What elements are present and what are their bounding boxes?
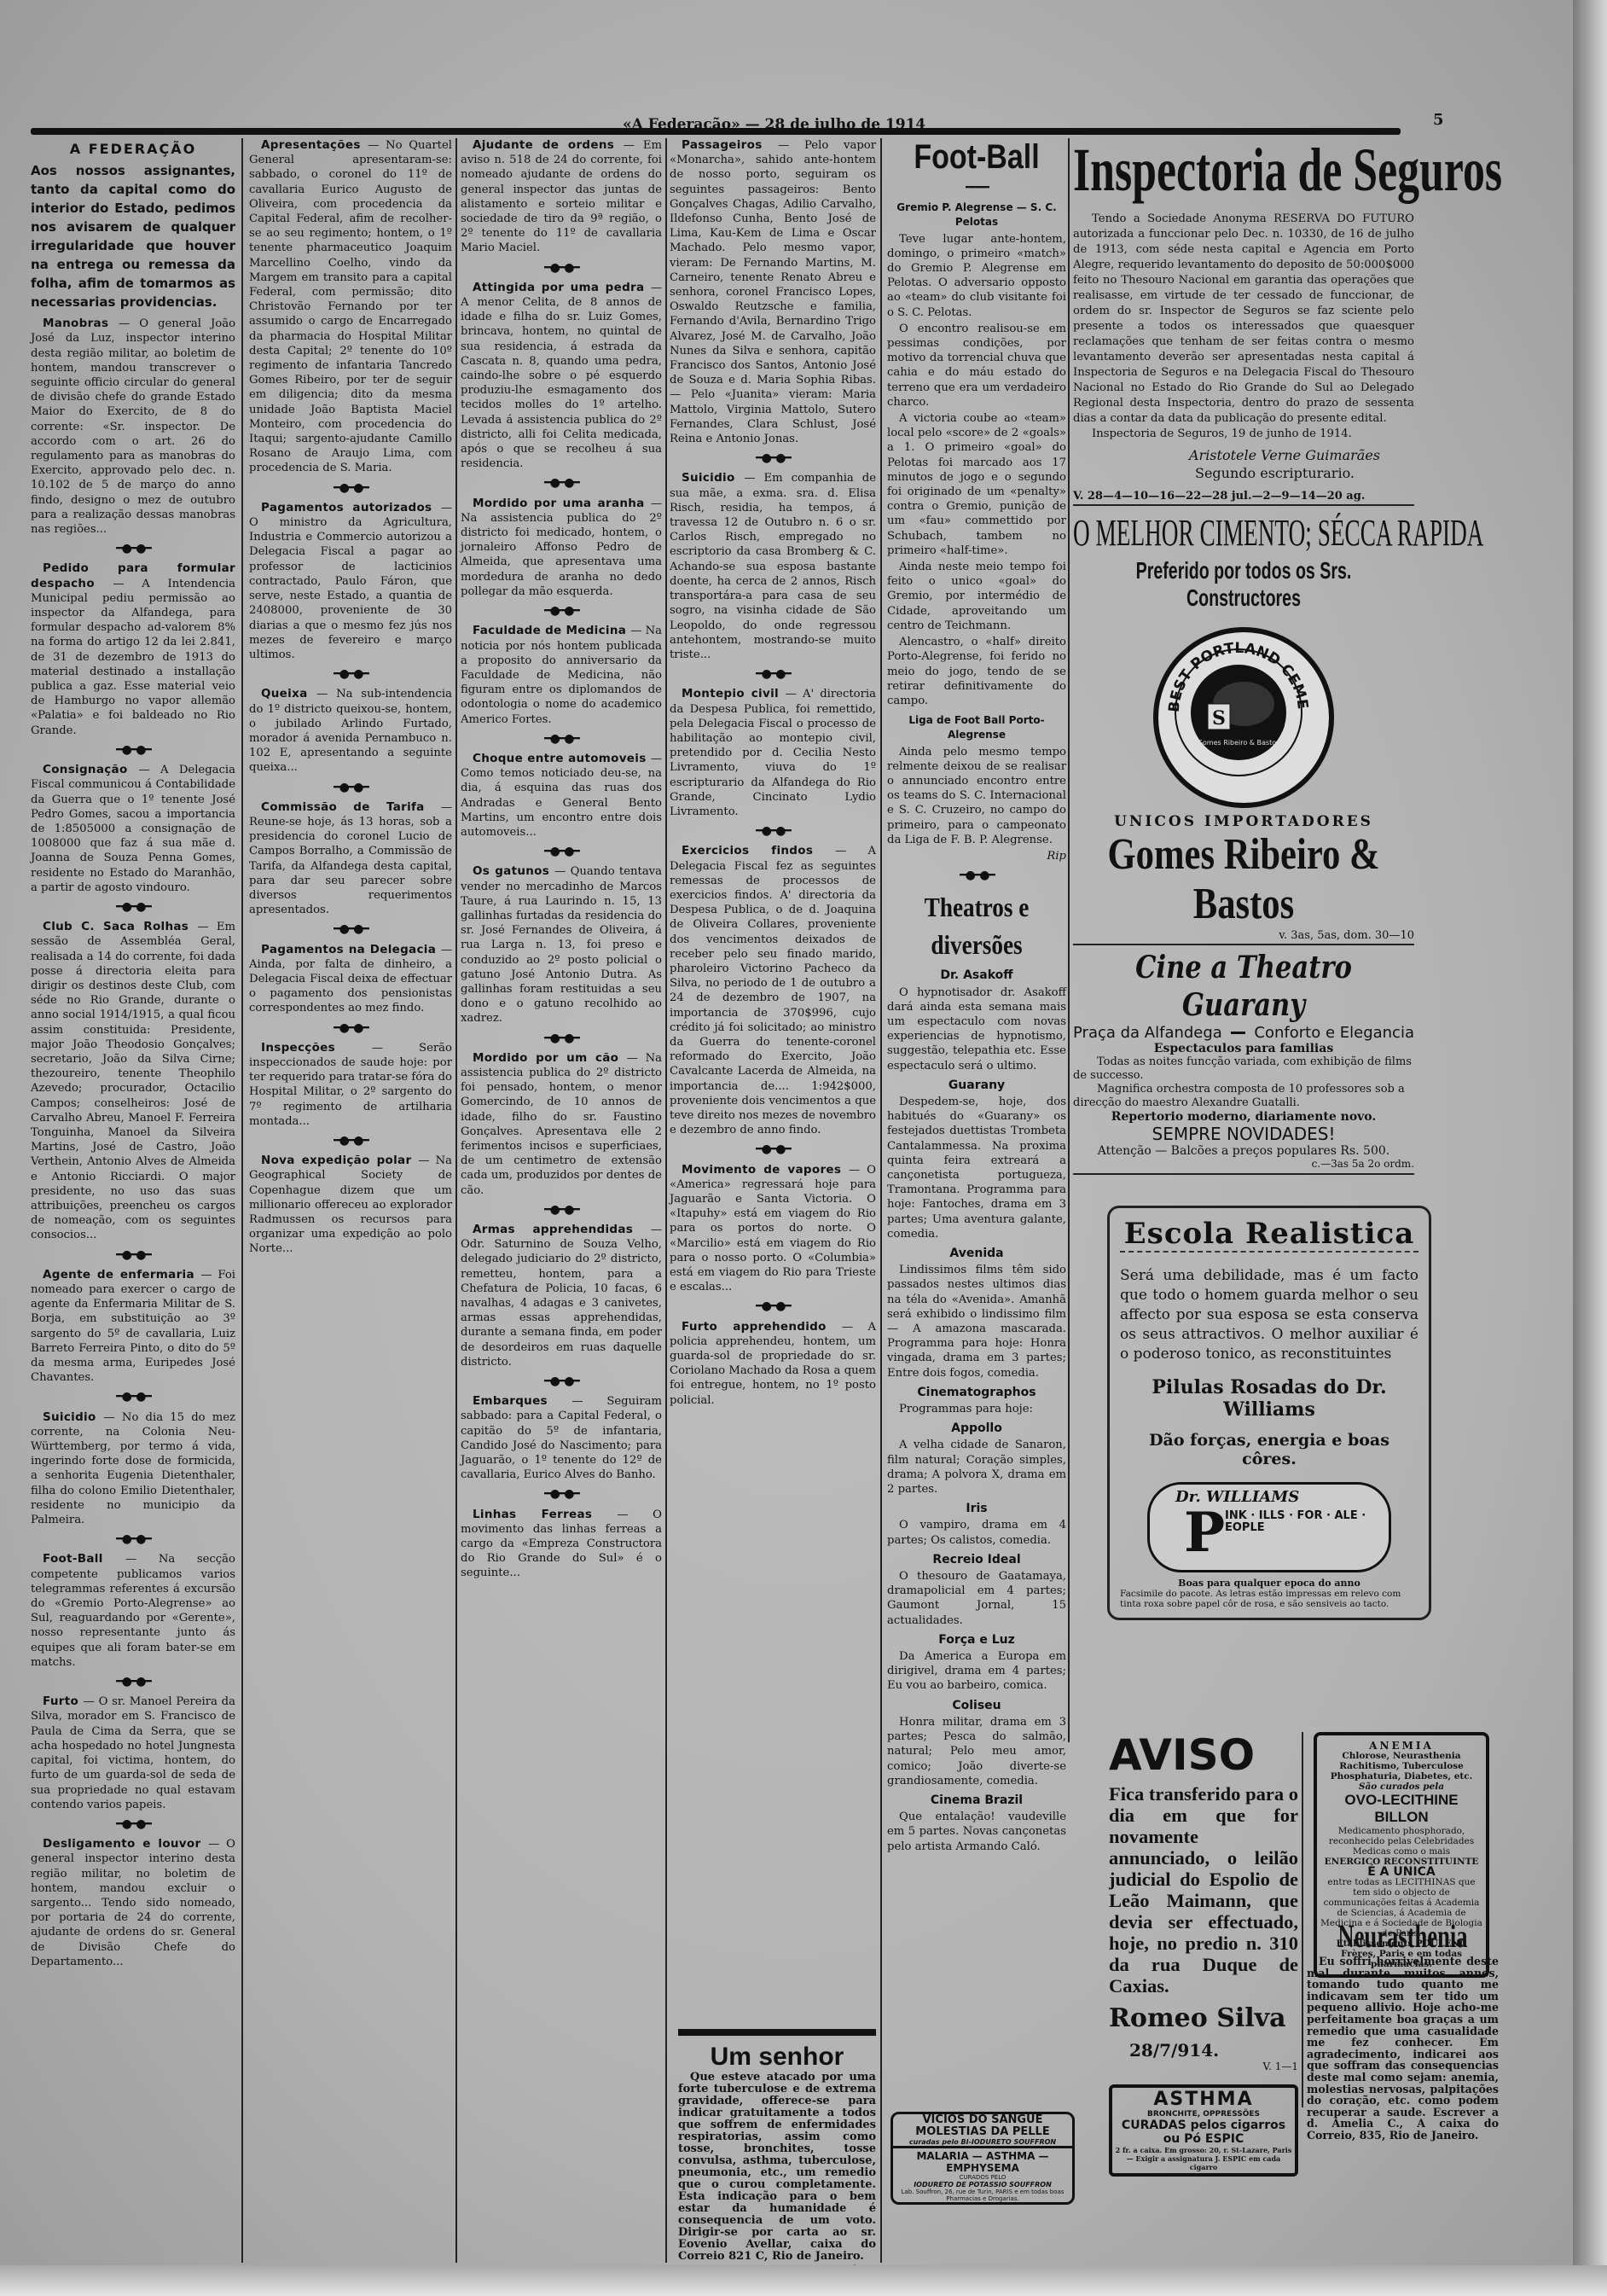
liga-text: Ainda pelo mesmo tempo relmente deixou d… <box>887 745 1066 847</box>
theatre-text: O thesouro de Gaatamaya, dramapolicial e… <box>887 1569 1066 1628</box>
article: Mordido por um cão — Na assistencia publ… <box>461 1051 662 1198</box>
ad-claim: Dão forças, energia e boas côres. <box>1120 1431 1418 1468</box>
article: Club C. Saca Rolhas — Em sessão de Assem… <box>31 920 235 1242</box>
ad-title: Escola Realistica <box>1120 1217 1418 1253</box>
ad-claim: É A UNICA <box>1320 1867 1482 1877</box>
ornament-divider: ━●━●━ <box>461 732 662 747</box>
article-kicker: Passageiros <box>682 138 778 152</box>
article-text: — Reune-se hoje, ás 13 horas, sob a pres… <box>249 801 452 916</box>
column-2: Apresentações — No Quartel General apres… <box>249 138 452 1258</box>
football-article: Teve lugar ante-hontem, domingo, o prime… <box>887 232 1066 709</box>
package-letter: P <box>1184 1503 1225 1563</box>
ad-souffron: VICIOS DO SANGUE MOLESTIAS DA PELLE cura… <box>891 2112 1075 2205</box>
article-list: Manobras — O general João José da Luz, i… <box>31 317 235 1969</box>
ornament-divider: ━●━●━ <box>31 1675 235 1689</box>
article: Faculdade de Medicina — Na noticia por n… <box>461 624 662 726</box>
article-kicker: Nova expedição polar <box>261 1154 418 1167</box>
theatre-heading: Cinema Brazil <box>887 1793 1066 1808</box>
article-kicker: Furto <box>43 1694 84 1708</box>
ad-tagline: Conforto e Elegancia <box>1254 1024 1414 1042</box>
article-kicker: Armas apprehendidas <box>473 1223 651 1236</box>
ad-note: Boas para qualquer epoca do anno <box>1120 1578 1418 1589</box>
subscriber-notice: Aos nossos assignantes, tanto da capital… <box>31 161 235 311</box>
ad-facsimile-note: Facsimile do pacote. As letras estão imp… <box>1120 1589 1418 1609</box>
ornament-divider: ━●━●━ <box>249 481 452 496</box>
ad-cimento: O MELHOR CIMENTO; SÉCCA RAPIDA Preferido… <box>1073 509 1414 945</box>
article-text: — No Quartel General apresentaram-se: sa… <box>249 139 452 474</box>
article: Movimento de vapores — O «America» regre… <box>670 1163 876 1295</box>
ad-run-dates: V. 28—4—10—16—22—28 jul.—2—9—14—20 ag. <box>1073 490 1414 506</box>
ad-claim: CURADAS pelos cigarros ou Pó ESPIC <box>1114 2119 1293 2146</box>
ad-body: Todas as noites funcção variada, com exh… <box>1073 1055 1414 1083</box>
theatres-list: Dr. AsakoffO hypnotisador dr. Asakoff da… <box>887 968 1066 1853</box>
ornament-divider: ━●━●━ <box>670 667 876 682</box>
theatre-text: O hypnotisador dr. Asakoff dará ainda es… <box>887 985 1066 1073</box>
article-text: — O sr. Manoel Pereira da Silva, morador… <box>31 1695 235 1811</box>
article-text: — Na assistencia publica do 2º districto… <box>461 1052 662 1197</box>
article: Queixa — Na sub-intendencia do 1º distri… <box>249 687 452 775</box>
ad-cine-guarany: Cine a Theatro Guarany Praça da Alfandeg… <box>1073 949 1414 1175</box>
ad-run-dates: v. 3as, 5as, dom. 30—10 <box>1073 929 1414 945</box>
ad-body: Que esteve atacado por uma forte tubercu… <box>678 2072 876 2263</box>
article-kicker: Attingida por uma pedra <box>473 281 651 294</box>
theatre-heading: Iris <box>887 1502 1066 1516</box>
ad-product: IODURETO DE POTASSIO SOUFFRON <box>893 2181 1072 2188</box>
ad-signature: Aristotele Verne Guimarães <box>1073 447 1380 463</box>
ad-signature-role: Segundo escripturario. <box>1073 465 1355 481</box>
ornament-divider: ━●━●━ <box>31 1390 235 1404</box>
ad-body: Magnifica orchestra composta de 10 profe… <box>1073 1083 1414 1110</box>
theatre-text: Da America a Europa em dirigivel, drama … <box>887 1649 1066 1694</box>
theatre-heading: Avenida <box>887 1247 1066 1261</box>
ad-title: Cine a Theatro Guarany <box>1099 949 1389 1024</box>
article-text: — O general João José da Luz, inspector … <box>31 317 235 536</box>
column-3: Ajudante de ordens — Em aviso n. 518 de … <box>461 138 662 1583</box>
article-kicker: Exercicios findos <box>682 844 835 857</box>
ornament-divider: ━●━●━ <box>461 604 662 619</box>
ornament-divider: ━●━●━ <box>670 824 876 839</box>
ads-column: Inspectoria de Seguros Tendo a Sociedade… <box>1073 137 1414 1620</box>
football-title: Foot-Ball <box>901 138 1053 176</box>
ad-location: Praça da Alfandega <box>1073 1024 1222 1042</box>
ad-body: Medicamento phosphorado, reconhecido pel… <box>1320 1826 1482 1857</box>
theatre-text: Honra militar, drama em 3 partes; Pesca … <box>887 1715 1066 1788</box>
ad-note: CURADOS PELO <box>893 2174 1072 2181</box>
ornament-divider: ━●━●━ <box>249 667 452 682</box>
section-rule <box>678 2029 876 2036</box>
article-kicker: Montepio civil <box>682 687 786 700</box>
column-rule <box>455 138 457 2263</box>
article-text: — Em aviso n. 518 de 24 do corrente, foi… <box>461 139 662 254</box>
ad-address: 2 fr. a caixa. Em grosso: 20, r. St-Laza… <box>1114 2146 1293 2171</box>
article: Armas apprehendidas — Odr. Saturnino de … <box>461 1223 662 1369</box>
paragraph: Teve lugar ante-hontem, domingo, o prime… <box>887 232 1066 320</box>
ad-neurasthenia: Neurasthenia Eu soffri horrivelmente des… <box>1307 1918 1499 2142</box>
article-text: — Na Geographical Society de Copenhague … <box>249 1154 452 1255</box>
article-kicker: Manobras <box>43 317 119 330</box>
ad-repertorio: Repertorio moderno, diariamente novo. <box>1073 1110 1414 1124</box>
article: Attingida por uma pedra — A menor Celita… <box>461 281 662 472</box>
ornament-divider: ━●━●━ <box>461 261 662 276</box>
ad-title: AVISO <box>1109 1732 1298 1778</box>
paragraph: Ainda neste meio tempo foi feito o unico… <box>887 560 1066 633</box>
article: Consignação — A Delegacia Fiscal communi… <box>31 763 235 895</box>
article-list: Ajudante de ordens — Em aviso n. 518 de … <box>461 138 662 1581</box>
article: Apresentações — No Quartel General apres… <box>249 138 452 476</box>
theatre-heading: Dr. Asakoff <box>887 968 1066 983</box>
ornament-divider: ━●━●━ <box>461 1487 662 1502</box>
ad-note: São curados pela <box>1320 1782 1482 1792</box>
article-text: — Na assistencia publica do 2º districto… <box>461 497 662 598</box>
column-5: Foot-Ball ━━━━ Gremio P. Alegrense — S. … <box>887 138 1066 1856</box>
article-text: — O general inspector interino desta reg… <box>31 1838 235 1968</box>
ad-conditions: Chlorose, Neurasthenia Rachitismo, Tuber… <box>1320 1751 1482 1782</box>
article-kicker: Queixa <box>261 687 316 700</box>
article: Furto apprehendido — A policia apprehend… <box>670 1320 876 1408</box>
article-kicker: Club C. Saca Rolhas <box>43 920 197 933</box>
ad-subtitle: BRONCHITE, OPPRESSÕES <box>1114 2110 1293 2119</box>
pink-pills-package-icon: Dr. WILLIAMS P INK · ILLS · FOR · ALE · … <box>1147 1482 1391 1572</box>
article-text: — Na secção competente publicamos varios… <box>31 1553 235 1668</box>
importers-label: UNICOS IMPORTADORES <box>1073 813 1414 830</box>
theatre-heading: Coliseu <box>887 1699 1066 1713</box>
ad-product: OVO-LECITHINE BILLON <box>1320 1792 1482 1826</box>
ad-body: Fica transferido para o dia em que for n… <box>1109 1783 1298 1997</box>
article: Agente de enfermaria — Foi nomeado para … <box>31 1268 235 1386</box>
theatre-text: Lindissimos films têm sido passados nest… <box>887 1263 1066 1381</box>
theatre-text: O vampiro, drama em 4 partes; Os calisto… <box>887 1518 1066 1547</box>
ornament-divider: ━●━●━ <box>887 869 1066 883</box>
article-text: — A Delegacia Fiscal fez as seguintes re… <box>670 845 876 1136</box>
article: Nova expedição polar — Na Geographical S… <box>249 1154 452 1256</box>
article-kicker: Mordido por um cão <box>473 1051 627 1065</box>
theatre-heading: Força e Luz <box>887 1633 1066 1648</box>
ornament-divider: ━●━●━ <box>461 1203 662 1218</box>
article-text: — A Intendencia Municipal pediu permissã… <box>31 578 235 737</box>
ad-date: 28/7/914. <box>1129 2040 1298 2061</box>
newspaper-page: «A Federação» — 28 de julho de 1914 5 A … <box>0 0 1587 2296</box>
ad-place-date: Inspectoria de Seguros, 19 de junho de 1… <box>1073 427 1414 442</box>
article-text: — A menor Celita, de 8 annos de idade e … <box>461 282 662 470</box>
ad-title: MOLESTIAS DA PELLE <box>893 2126 1072 2138</box>
theatre-heading: Appollo <box>887 1421 1066 1436</box>
article: Desligamento e louvor — O general inspec… <box>31 1837 235 1969</box>
theatre-heading: Recreio Ideal <box>887 1553 1066 1567</box>
article-kicker: Suicidio <box>43 1410 104 1424</box>
ad-run-dates: V. 1—1 <box>1109 2061 1298 2072</box>
article: Passageiros — Pelo vapor «Monarcha», sah… <box>670 138 876 446</box>
article-text: — O «America» regressará hoje para Jagua… <box>670 1164 876 1294</box>
ornament-divider: ━━━━ <box>887 181 1066 195</box>
ad-title: Inspectoria de Seguros <box>1073 137 1319 203</box>
ornament-divider: ━●━●━ <box>461 1375 662 1389</box>
column-rule <box>665 138 667 2263</box>
article-text: — Em companhia de sua mãe, a exma. sra. … <box>670 472 876 660</box>
article: Mordido por uma aranha — Na assistencia … <box>461 497 662 599</box>
article-kicker: Foot-Ball <box>43 1552 125 1566</box>
ad-run-dates: c.—3as 5a 2o ordm. <box>1073 1158 1414 1170</box>
article: Os gatunos — Quando tentava vender no me… <box>461 864 662 1026</box>
ad-escola-realistica: Escola Realistica Será uma debilidade, m… <box>1107 1206 1431 1620</box>
ad-body: Eu soffri horrivelmente deste mal durant… <box>1307 1956 1499 2142</box>
article: Exercicios findos — A Delegacia Fiscal f… <box>670 844 876 1137</box>
ad-product: Pilulas Rosadas do Dr. Williams <box>1120 1376 1418 1421</box>
ad-claim: curadas pelo BI-IODURETO SOUFFRON <box>893 2138 1072 2146</box>
article-text: — Na noticia por nós hontem publicada a … <box>461 625 662 725</box>
article-kicker: Pagamentos na Delegacia <box>261 943 441 956</box>
article-text: — Odr. Saturnino de Souza Velho, delegad… <box>461 1224 662 1369</box>
article: Pagamentos autorizados — O ministro da A… <box>249 501 452 662</box>
article-list: Apresentações — No Quartel General apres… <box>249 138 452 1257</box>
theatre-text: Que entalação! vaudeville em 5 partes. N… <box>887 1810 1066 1854</box>
column-rule <box>1302 1732 1303 2107</box>
page-edge <box>0 2265 1607 2296</box>
ornament-divider: ━●━●━ <box>461 476 662 491</box>
article-text: — Seguiram sabbado: para a Capital Feder… <box>461 1395 662 1481</box>
article-text: — Foi nomeado para exercer o cargo de ag… <box>31 1269 235 1384</box>
article-kicker: Embarques <box>473 1394 571 1408</box>
ad-title: ANEMIA <box>1320 1741 1482 1751</box>
article: Manobras — O general João José da Luz, i… <box>31 317 235 537</box>
ad-aviso: AVISO Fica transferido para o dia em que… <box>1109 1732 1298 2177</box>
article-kicker: Faculdade de Medicina <box>473 624 630 637</box>
column-rule <box>880 138 882 2263</box>
article-kicker: Choque entre automoveis <box>473 752 651 765</box>
article-kicker: Desligamento e louvor <box>43 1837 208 1851</box>
theatre-heading: Guarany <box>887 1078 1066 1093</box>
paragraph: Alencastro, o «half» direito Porto-Alegr… <box>887 635 1066 708</box>
theatre-text: Despedem-se, hoje, dos habitués do «Guar… <box>887 1095 1066 1241</box>
ornament-divider: ━●━●━ <box>31 900 235 915</box>
paragraph: A victoria coube ao «team» local pelo «s… <box>887 411 1066 558</box>
article-text: — A Delegacia Fiscal communicou á Contab… <box>31 764 235 894</box>
article-text: — Como temos noticiado deu-se, na dia, á… <box>461 753 662 839</box>
article-text: — Pelo vapor «Monarcha», sahido ante-hon… <box>670 139 876 445</box>
dash-divider <box>1231 1032 1246 1034</box>
liga-heading: Liga de Foot Ball Porto-Alegrense <box>887 713 1066 742</box>
article: Foot-Ball — Na secção competente publica… <box>31 1552 235 1670</box>
article-list: Passageiros — Pelo vapor «Monarcha», sah… <box>670 138 876 1408</box>
article: Furto — O sr. Manoel Pereira da Silva, m… <box>31 1694 235 1812</box>
ornament-divider: ━●━●━ <box>670 1142 876 1157</box>
article-text: — No dia 15 do mez corrente, na Colonia … <box>31 1411 235 1526</box>
article-kicker: Inspecções <box>261 1041 372 1055</box>
theatres-title: Theatros e diversões <box>901 888 1053 963</box>
ad-conditions: MALARIA — ASTHMA — EMPHYSEMA <box>893 2146 1072 2174</box>
ad-inspectoria-seguros: Inspectoria de Seguros Tendo a Sociedade… <box>1073 137 1414 506</box>
paragraph: O encontro realisou-se em pessimas condi… <box>887 322 1066 410</box>
svg-text:Gomes Ribeiro & Bastos: Gomes Ribeiro & Bastos <box>1198 739 1280 747</box>
article-kicker: Ajudante de ordens <box>473 138 624 152</box>
article-kicker: Consignação <box>43 763 139 776</box>
ornament-divider: ━●━●━ <box>249 1021 452 1036</box>
importer-name: Gomes Ribeiro & Bastos <box>1104 830 1384 929</box>
ornament-divider: ━●━●━ <box>31 1532 235 1547</box>
ad-title: VICIOS DO SANGUE <box>893 2114 1072 2126</box>
article: Ajudante de ordens — Em aviso n. 518 de … <box>461 138 662 256</box>
ad-title: Neurasthenia <box>1336 1918 1471 1956</box>
article-kicker: Commissão de Tarifa <box>261 800 441 814</box>
article: Inspecções — Serão inspeccionados de sau… <box>249 1041 452 1129</box>
theatre-text: Programmas para hoje: <box>887 1402 1066 1416</box>
article: Pedido para formular despacho — A Intend… <box>31 561 235 737</box>
article: Suicidio — No dia 15 do mez corrente, na… <box>31 1410 235 1528</box>
page-edge <box>1573 0 1607 2296</box>
ad-headline: O MELHOR CIMENTO; SÉCCA RAPIDA <box>1073 509 1285 557</box>
article-kicker: Mordido por uma aranha <box>473 497 651 510</box>
ornament-divider: ━●━●━ <box>31 1817 235 1832</box>
article: Embarques — Seguiram sabbado: para a Cap… <box>461 1394 662 1482</box>
theatre-text: A velha cidade de Sanaron, film natural;… <box>887 1438 1066 1497</box>
ad-subline: Preferido por todos os Srs. Constructore… <box>1124 557 1363 612</box>
ad-subtitle: Espectaculos para familias <box>1073 1042 1414 1055</box>
ad-body: Será uma debilidade, mas é um facto que … <box>1120 1266 1418 1364</box>
ad-signatory: Romeo Silva <box>1109 2003 1298 2033</box>
ad-novidades: SEMPRE NOVIDADES! <box>1073 1124 1414 1144</box>
svg-text:S: S <box>1212 707 1226 729</box>
column-rule <box>241 138 243 2263</box>
ornament-divider: ━●━●━ <box>461 845 662 859</box>
article: Suicidio — Em companhia de sua mãe, a ex… <box>670 471 876 662</box>
article-kicker: Pagamentos autorizados <box>261 501 441 514</box>
article-text: — Na sub-intendencia do 1º districto que… <box>249 688 452 774</box>
ad-attencao: Attenção — Balcões a preços populares Rs… <box>1073 1144 1414 1158</box>
article: Commissão de Tarifa — Reune-se hoje, ás … <box>249 800 452 918</box>
byline: Rip <box>887 849 1066 863</box>
article-kicker: Movimento de vapores <box>682 1163 849 1177</box>
package-words: INK · ILLS · FOR · ALE · EOPLE <box>1225 1510 1389 1534</box>
article-kicker: Linhas Ferreas <box>473 1508 618 1521</box>
article-kicker: Agente de enfermaria <box>43 1268 200 1282</box>
ad-address: Lab. Souffron, 26, rue de Turin, PARIS e… <box>893 2188 1072 2202</box>
page-number: 5 <box>1433 111 1444 129</box>
ornament-divider: ━●━●━ <box>31 542 235 556</box>
ornament-divider: ━●━●━ <box>249 922 452 937</box>
article: Choque entre automoveis — Como temos not… <box>461 752 662 840</box>
ornament-divider: ━●━●━ <box>670 1299 876 1314</box>
column-4: Passageiros — Pelo vapor «Monarcha», sah… <box>670 138 876 1410</box>
ornament-divider: ━●━●━ <box>249 1134 452 1148</box>
article: Montepio civil — A' directoria da Despes… <box>670 687 876 819</box>
article-kicker: Os gatunos <box>473 864 554 878</box>
column-1: A FEDERAÇÃO Aos nossos assignantes, tant… <box>31 138 235 1971</box>
article: Pagamentos na Delegacia — Ainda, por fal… <box>249 943 452 1016</box>
masthead-rule <box>31 128 1401 135</box>
ornament-divider: ━●━●━ <box>31 1248 235 1263</box>
ornament-divider: ━●━●━ <box>670 451 876 466</box>
ornament-divider: ━●━●━ <box>249 781 452 795</box>
article-text: — A' directoria da Despesa Publica, foi … <box>670 688 876 818</box>
article-text: — O ministro da Agricultura, Industria e… <box>249 502 452 661</box>
article-kicker: Suicidio <box>682 471 744 485</box>
article-text: — Quando tentava vender no mercadinho de… <box>461 865 662 1025</box>
article-kicker: Furto apprehendido <box>682 1320 842 1334</box>
article-text: — Em sessão de Assembléa Geral, realisad… <box>31 921 235 1241</box>
theatre-heading: Cinematographos <box>887 1386 1066 1400</box>
match-heading: Gremio P. Alegrense — S. C. Pelotas <box>887 201 1066 230</box>
ad-um-senhor: Um senhor Que esteve atacado por uma for… <box>678 2022 876 2275</box>
section-heading: A FEDERAÇÃO <box>31 142 235 156</box>
ad-body: Tendo a Sociedade Anonyma RESERVA DO FUT… <box>1073 212 1414 427</box>
ad-asthma: ASTHMA BRONCHITE, OPPRESSÕES CURADAS pel… <box>1109 2084 1298 2177</box>
article-kicker: Apresentações <box>261 138 368 152</box>
article: Linhas Ferreas — O movimento das linhas … <box>461 1508 662 1581</box>
lion-brand-seal-icon: BEST PORTLAND CEMENT LION BRAND S Gomes … <box>1153 627 1334 808</box>
ornament-divider: ━●━●━ <box>31 743 235 758</box>
column-rule <box>1068 138 1070 1742</box>
ad-title: Um senhor <box>678 2043 876 2072</box>
ad-title: ASTHMA <box>1114 2090 1293 2110</box>
ornament-divider: ━●━●━ <box>461 1032 662 1046</box>
